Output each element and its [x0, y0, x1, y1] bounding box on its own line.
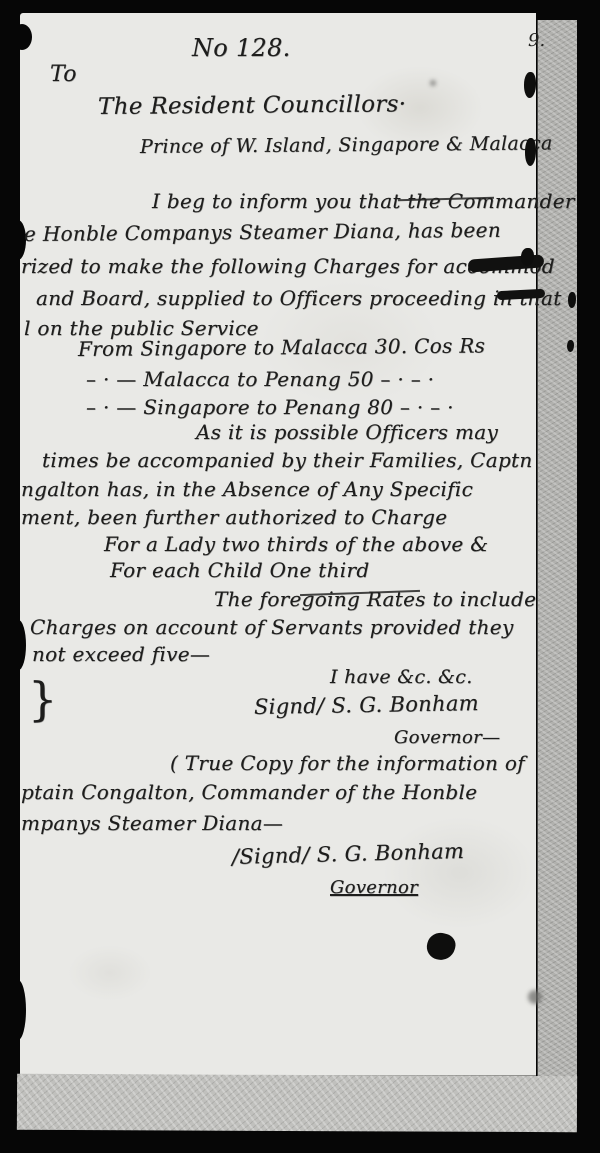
address-line: Prince of W. Island, Singapore & Malacca: [140, 132, 553, 158]
body-line: not exceed five—: [32, 642, 210, 666]
body-line: For each Child One third: [110, 558, 369, 582]
body-line: I beg to inform you that the Commander: [152, 189, 575, 213]
body-line: times be accompanied by their Families, …: [42, 448, 533, 472]
rate-line: From Singapore to Malacca 30. Cos Rs: [78, 333, 485, 361]
true-copy-line: ( True Copy for the information of: [170, 751, 525, 775]
body-line: ngalton has, in the Absence of Any Speci…: [21, 477, 473, 501]
page-bottom-edge: [17, 1074, 577, 1132]
doc-number: No 128.: [192, 34, 291, 62]
signature-title: Governor—: [394, 727, 500, 748]
signature-title: Governor: [330, 877, 418, 898]
page-gutter-edge: [537, 20, 577, 1092]
body-line: ment, been further authorized to Charge: [21, 505, 447, 529]
page-edge-irregularity: [11, 620, 26, 670]
gutter-page-number: 9.: [528, 30, 545, 51]
rate-line: – · — Singapore to Penang 80 – · – ·: [86, 395, 454, 419]
signature-line: Signd/ S. G. Bonham: [254, 691, 479, 719]
body-line: e Honble Companys Steamer Diana, has bee…: [24, 218, 501, 246]
page-edge-irregularity: [10, 980, 26, 1040]
page-edge-irregularity: [12, 24, 32, 50]
body-line: For a Lady two thirds of the above &: [104, 532, 488, 556]
ink-smudge: [528, 990, 542, 1004]
true-copy-line: mpanys Steamer Diana—: [21, 811, 283, 835]
body-line: Charges on account of Servants provided …: [30, 615, 514, 639]
closing-line: I have &c. &c.: [330, 666, 473, 688]
margin-brace: }: [28, 672, 58, 726]
ink-smudge: [430, 80, 436, 86]
addressee-line: The Resident Councillors·: [98, 91, 407, 120]
true-copy-line: ptain Congalton, Commander of the Honble: [21, 780, 477, 804]
salutation: To: [50, 62, 77, 87]
rate-line: – · — Malacca to Penang 50 – · – ·: [86, 367, 434, 391]
scanned-document: 9. No 128. To The Resident Councillors· …: [0, 0, 600, 1153]
body-line: As it is possible Officers may: [196, 420, 498, 444]
body-line: and Board, supplied to Officers proceedi…: [36, 286, 562, 310]
